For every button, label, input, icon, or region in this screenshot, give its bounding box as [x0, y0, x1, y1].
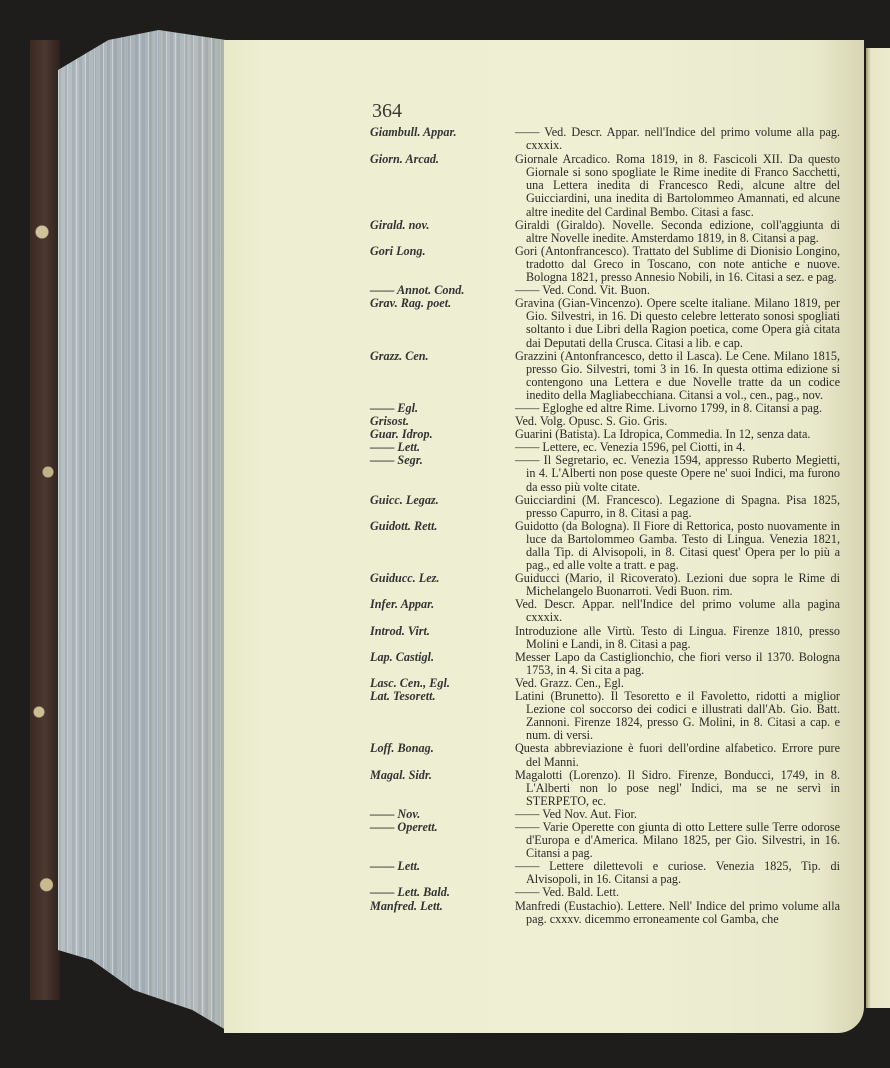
- index-entry: Guicc. Legaz.Guicciardini (M. Francesco)…: [370, 494, 840, 520]
- entry-abbr: —— Lett. Bald.: [370, 886, 515, 899]
- entry-abbr: Magal. Sidr.: [370, 769, 515, 808]
- index-entry: Lap. Castigl.Messer Lapo da Castiglionch…: [370, 651, 840, 677]
- entry-abbr: Grav. Rag. poet.: [370, 297, 515, 349]
- index-entry: Infer. Appar.Ved. Descr. Appar. nell'Ind…: [370, 598, 840, 624]
- index-entry: Grazz. Cen.Grazzini (Antonfrancesco, det…: [370, 350, 840, 402]
- entry-abbr: Gori Long.: [370, 245, 515, 284]
- entry-abbr: Infer. Appar.: [370, 598, 515, 624]
- entry-desc: Guidotto (da Bologna). Il Fiore di Retto…: [515, 520, 840, 572]
- index-entry: —— Lett.—— Lettere dilettevoli e curiose…: [370, 860, 840, 886]
- index-entry: —— Operett.—— Varie Operette con giunta …: [370, 821, 840, 860]
- entry-desc: —— Ved. Descr. Appar. nell'Indice del pr…: [515, 126, 840, 152]
- book-page-edges: [58, 30, 226, 1030]
- entry-abbr: Guiducc. Lez.: [370, 572, 515, 598]
- entry-abbr: Grazz. Cen.: [370, 350, 515, 402]
- index-entry: Gori Long.Gori (Antonfrancesco). Trattat…: [370, 245, 840, 284]
- index-entry: Loff. Bonag.Questa abbreviazione è fuori…: [370, 742, 840, 768]
- index-entry: Manfred. Lett.Manfredi (Eustachio). Lett…: [370, 900, 840, 926]
- entry-abbr: Manfred. Lett.: [370, 900, 515, 926]
- index-entry: —— Segr.—— Il Segretario, ec. Venezia 15…: [370, 454, 840, 493]
- entry-desc: Grazzini (Antonfrancesco, detto il Lasca…: [515, 350, 840, 402]
- entry-abbr: —— Nov.: [370, 808, 515, 821]
- entry-abbr: Girald. nov.: [370, 219, 515, 245]
- entry-desc: Gravina (Gian-Vincenzo). Opere scelte it…: [515, 297, 840, 349]
- entry-desc: —— Varie Operette con giunta di otto Let…: [515, 821, 840, 860]
- index-entry: —— Lett. Bald.—— Ved. Bald. Lett.: [370, 886, 840, 899]
- facing-page-edge: [866, 48, 890, 1008]
- index-entry: Lat. Tesorett.Latini (Brunetto). Il Teso…: [370, 690, 840, 742]
- entry-desc: Guicciardini (M. Francesco). Legazione d…: [515, 494, 840, 520]
- entry-desc: Guiducci (Mario, il Ricoverato). Lezioni…: [515, 572, 840, 598]
- index-entry: Girald. nov.Giraldi (Giraldo). Novelle. …: [370, 219, 840, 245]
- entry-desc: Giornale Arcadico. Roma 1819, in 8. Fasc…: [515, 153, 840, 218]
- entry-desc: Latini (Brunetto). Il Tesoretto e il Fav…: [515, 690, 840, 742]
- entry-desc: Giraldi (Giraldo). Novelle. Seconda ediz…: [515, 219, 840, 245]
- index-entry: Introd. Virt.Introduzione alle Virtù. Te…: [370, 625, 840, 651]
- entry-desc: —— Lettere dilettevoli e curiose. Venezi…: [515, 860, 840, 886]
- entry-desc: Messer Lapo da Castiglionchio, che fiori…: [515, 651, 840, 677]
- entry-desc: Introduzione alle Virtù. Testo di Lingua…: [515, 625, 840, 651]
- index-entry: Guidott. Rett.Guidotto (da Bologna). Il …: [370, 520, 840, 572]
- index-entry: Magal. Sidr.Magalotti (Lorenzo). Il Sidr…: [370, 769, 840, 808]
- entry-desc: —— Ved. Bald. Lett.: [515, 886, 840, 899]
- entry-desc: —— Ved Nov. Aut. Fior.: [515, 808, 840, 821]
- index-entry: Guiducc. Lez.Guiducci (Mario, il Ricover…: [370, 572, 840, 598]
- entry-abbr: Lat. Tesorett.: [370, 690, 515, 742]
- index-entry: —— Nov.—— Ved Nov. Aut. Fior.: [370, 808, 840, 821]
- entry-abbr: Lap. Castigl.: [370, 651, 515, 677]
- entry-abbr: Guidott. Rett.: [370, 520, 515, 572]
- entry-abbr: Giorn. Arcad.: [370, 153, 515, 218]
- index-entry: Giambull. Appar.—— Ved. Descr. Appar. ne…: [370, 126, 840, 152]
- page-number: 364: [372, 100, 402, 123]
- entry-abbr: —— Lett.: [370, 860, 515, 886]
- entry-desc: Manfredi (Eustachio). Lettere. Nell' Ind…: [515, 900, 840, 926]
- entry-abbr: —— Segr.: [370, 454, 515, 493]
- entry-abbr: Guicc. Legaz.: [370, 494, 515, 520]
- index-entry: Giorn. Arcad.Giornale Arcadico. Roma 181…: [370, 153, 840, 218]
- entry-abbr: Introd. Virt.: [370, 625, 515, 651]
- entry-abbr: —— Operett.: [370, 821, 515, 860]
- index-entry: Grav. Rag. poet.Gravina (Gian-Vincenzo).…: [370, 297, 840, 349]
- entry-desc: Ved. Descr. Appar. nell'Indice del primo…: [515, 598, 840, 624]
- book-cover-spine: [30, 40, 60, 1000]
- abbreviation-index: Giambull. Appar.—— Ved. Descr. Appar. ne…: [370, 126, 840, 926]
- entry-desc: Questa abbreviazione è fuori dell'ordine…: [515, 742, 840, 768]
- entry-desc: Gori (Antonfrancesco). Trattato del Subl…: [515, 245, 840, 284]
- entry-desc: —— Il Segretario, ec. Venezia 1594, appr…: [515, 454, 840, 493]
- entry-desc: Magalotti (Lorenzo). Il Sidro. Firenze, …: [515, 769, 840, 808]
- entry-abbr: Giambull. Appar.: [370, 126, 515, 152]
- entry-abbr: Loff. Bonag.: [370, 742, 515, 768]
